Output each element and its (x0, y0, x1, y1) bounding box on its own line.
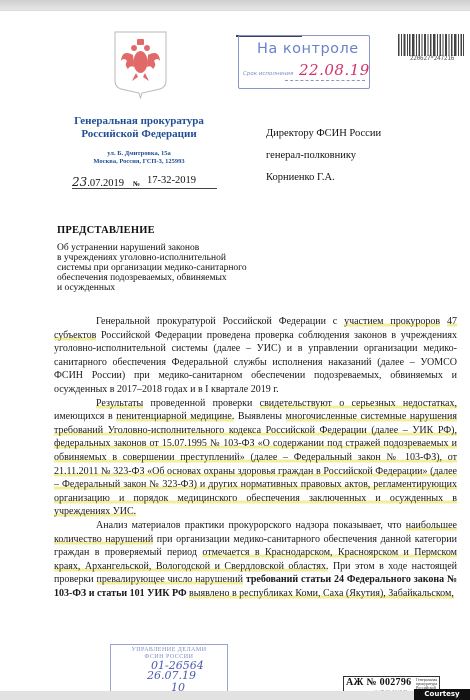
control-stamp-title: На контроле (257, 41, 359, 57)
text-run: проведенной проверки (143, 398, 259, 409)
paragraph-1: Генеральной прокуратурой Российской Феде… (54, 315, 457, 397)
org-address-line1: ул. Б. Дмитровка, 15а (60, 150, 218, 158)
viewer-top-strip (0, 0, 470, 10)
registration-underline (72, 188, 217, 189)
highlighted-text: пенитенциарной медицине. (116, 411, 234, 422)
org-name-line1: Генеральная прокуратура (60, 115, 218, 128)
highlighted-text: Результаты (96, 398, 143, 409)
registration-line: 23.07.2019 № 17-32-2019 (72, 175, 222, 189)
sender-organization: Генеральная прокуратура Российской Федер… (60, 115, 218, 166)
registration-date-day: 23 (72, 175, 87, 189)
barcode-number: 220627*247216 (398, 55, 466, 62)
registration-date: 23.07.2019 (72, 175, 124, 189)
subject-line: и осужденных (57, 283, 297, 293)
document-subject: Об устранении нарушений законов в учрежд… (57, 243, 297, 293)
subject-line: системы при организации медико-санитарно… (57, 263, 297, 273)
viewer-bottom-strip (0, 691, 470, 700)
highlighted-text: участием прокуроров (344, 316, 440, 327)
text-run: Российской Федерации проведена проверка … (54, 330, 457, 395)
coat-of-arms-icon (112, 29, 169, 99)
org-name-line2: Российской Федерации (60, 128, 218, 141)
addressee-rank: генерал-полковнику (266, 145, 381, 167)
text-run: Выявлены (234, 411, 285, 422)
text-run: Генеральной прокуратурой Российской Феде… (96, 316, 344, 327)
barcode-icon (398, 34, 464, 56)
highlighted-text: выявлено в республиках Коми, Саха (Якути… (189, 588, 454, 599)
registration-number: 17-32-2019 (147, 175, 196, 186)
incoming-registration-stamp: УПРАВЛЕНИЕ ДЕЛАМИ ФСИН РОССИИ 01-26564 2… (110, 644, 228, 696)
courtesy-watermark: Courtesy Image (414, 689, 470, 700)
control-stamp: На контроле Срок исполнения 22.08.19 (238, 35, 370, 89)
org-address-line2: Москва, Россия, ГСП-3, 125993 (60, 158, 218, 166)
control-deadline-label: Срок исполнения (243, 71, 293, 77)
text-run: имеющихся в (54, 411, 116, 422)
document-page: Генеральная прокуратура Российской Федер… (0, 11, 470, 691)
incoming-stamp-org: УПРАВЛЕНИЕ ДЕЛАМИ (111, 647, 227, 653)
highlighted-text: превалирующее число нарушений (97, 574, 244, 585)
control-deadline-underline (285, 80, 365, 81)
document-body: Генеральной прокуратурой Российской Феде… (54, 315, 457, 600)
subject-line: Об устранении нарушений законов (57, 243, 297, 253)
form-code: АЖ № 002796 (346, 677, 411, 688)
paragraph-2: Результаты проведенной проверки свидетел… (54, 397, 457, 519)
addressee-block: Директору ФСИН России генерал-полковнику… (266, 123, 381, 189)
document-title: ПРЕДСТАВЛЕНИЕ (57, 225, 155, 236)
text-run (440, 316, 447, 327)
number-sign: № (133, 180, 140, 188)
text-run: Анализ материалов практики прокурорского… (96, 520, 406, 531)
addressee-name: Корниенко Г.А. (266, 167, 381, 189)
highlighted-text: многочисленные системные нарушения требо… (54, 411, 457, 517)
highlighted-text: свидетельствуют о серьезных недостатках, (260, 398, 457, 409)
subject-line: в учреждениях уголовно-исполнительной (57, 253, 297, 263)
paragraph-3: Анализ материалов практики прокурорского… (54, 519, 457, 601)
control-deadline-date: 22.08.19 (299, 61, 370, 79)
subject-line: обеспечения подозреваемых, обвиняемых (57, 273, 297, 283)
addressee-position: Директору ФСИН России (266, 123, 381, 145)
